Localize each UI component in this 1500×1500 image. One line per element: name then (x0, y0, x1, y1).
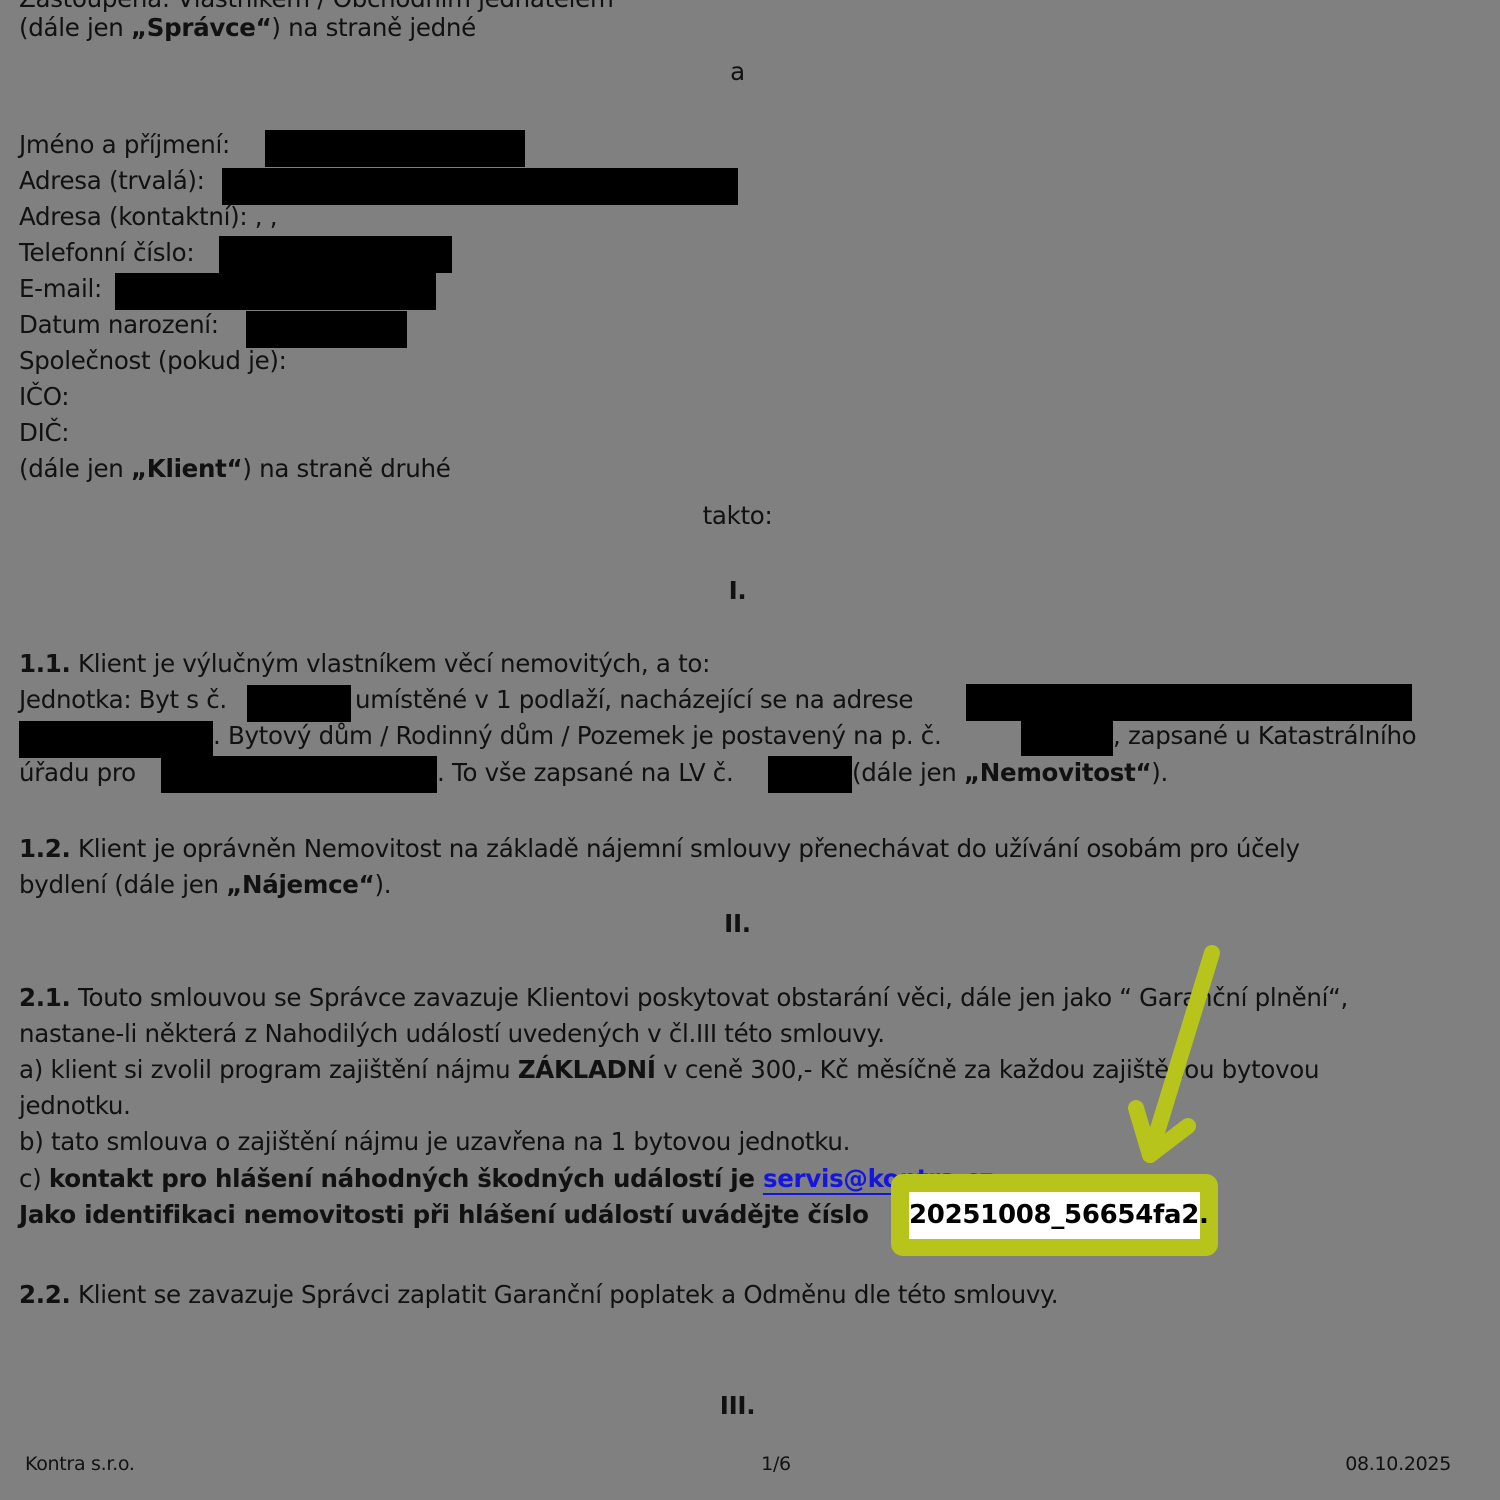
paragraph-2-1-line-5: b) tato smlouva o zajištění nájmu je uza… (19, 1124, 850, 1160)
paragraph-1-1-line-2b: umístěné v 1 podlaží, nacházející se na … (355, 682, 913, 718)
paragraph-1-1-line-3b: , zapsané u Katastrálního (1113, 718, 1416, 754)
term-nemovitost: „Nemovitost“ (964, 758, 1151, 787)
footer-page-number: 1/6 (0, 1452, 1500, 1476)
paragraph-1-1-line-4: úřadu pro (19, 755, 136, 791)
takto-word: takto: (0, 498, 1475, 534)
field-ico: IČO: (19, 379, 69, 415)
field-company: Společnost (pokud je): (19, 343, 287, 379)
property-id-value: 20251008_56654fa2. (909, 1192, 1200, 1239)
paragraph-number: 1.1. (19, 649, 71, 678)
redaction-lv-number (768, 756, 852, 793)
text: ) na straně druhé (242, 454, 450, 483)
text: v ceně 300,- Kč měsíčně za každou zajišt… (656, 1055, 1320, 1084)
paragraph-1-1-line-2: Jednotka: Byt s č. (19, 682, 227, 718)
paragraph-number: 2.1. (19, 983, 71, 1012)
text: ) na straně jedné (271, 13, 475, 42)
paragraph-1-2-line-1: 1.2. Klient je oprávněn Nemovitost na zá… (19, 831, 1300, 867)
text: kontakt pro hlášení náhodných škodných u… (49, 1164, 763, 1193)
text: c) (19, 1164, 49, 1193)
redaction-parcel-number (1021, 720, 1113, 756)
text: Touto smlouvou se Správce zavazuje Klien… (71, 983, 1349, 1012)
spravce-definition: (dále jen „Správce“) na straně jedné (19, 10, 476, 46)
paragraph-2-1-line-3: a) klient si zvolil program zajištění ná… (19, 1052, 1319, 1088)
field-dic: DIČ: (19, 415, 69, 451)
text: Klient je výlučným vlastníkem věcí nemov… (71, 649, 711, 678)
paragraph-2-1-line-1: 2.1. Touto smlouvou se Správce zavazuje … (19, 980, 1348, 1016)
term-spravce: „Správce“ (131, 13, 271, 42)
redaction-name (265, 130, 525, 167)
text: ). (374, 870, 391, 899)
paragraph-number: 1.2. (19, 834, 71, 863)
term-klient: „Klient“ (131, 454, 242, 483)
paragraph-2-1-line-4: jednotku. (19, 1088, 131, 1124)
field-address-contact: Adresa (kontaktní): , , (19, 199, 277, 235)
contract-page: Zastoupená: Vlastníkem / Obchodním jedna… (0, 0, 1500, 1500)
paragraph-2-1-line-2: nastane-li některá z Nahodilých událostí… (19, 1016, 885, 1052)
redaction-phone (219, 236, 452, 273)
paragraph-2-2: 2.2. Klient se zavazuje Správci zaplatit… (19, 1277, 1058, 1313)
paragraph-1-1-line-4b: . To vše zapsané na LV č. (437, 755, 733, 791)
footer-date: 08.10.2025 (1345, 1452, 1451, 1476)
paragraph-1-2-line-2: bydlení (dále jen „Nájemce“). (19, 867, 391, 903)
text: (dále jen (19, 13, 131, 42)
text: a) klient si zvolil program zajištění ná… (19, 1055, 518, 1084)
redaction-property-address (966, 684, 1412, 721)
field-birthdate: Datum narození: (19, 307, 219, 343)
program-name: ZÁKLADNÍ (518, 1055, 656, 1084)
text: Jednotka: Byt s č. (19, 685, 227, 714)
klient-definition: (dále jen „Klient“) na straně druhé (19, 451, 451, 487)
redaction-property-address-2 (19, 721, 213, 758)
section-3-heading: III. (0, 1388, 1475, 1424)
paragraph-2-1-line-6: c) kontakt pro hlášení náhodných škodnýc… (19, 1161, 993, 1197)
paragraph-1-1-line-1: 1.1. Klient je výlučným vlastníkem věcí … (19, 646, 710, 682)
field-phone: Telefonní číslo: (19, 235, 194, 271)
section-2-heading: II. (0, 906, 1475, 942)
term-najemce: „Nájemce“ (226, 870, 374, 899)
text: ). (1151, 758, 1168, 787)
paragraph-number: 2.2. (19, 1280, 71, 1309)
and-word: a (0, 54, 1475, 90)
paragraph-2-1-line-7: Jako identifikaci nemovitosti při hlášen… (19, 1197, 869, 1233)
paragraph-1-1-line-3: . Bytový dům / Rodinný dům / Pozemek je … (213, 718, 941, 754)
redaction-email (115, 273, 436, 310)
text: bydlení (dále jen (19, 870, 226, 899)
text: (dále jen (19, 454, 131, 483)
field-name: Jméno a příjmení: (19, 127, 230, 163)
field-address-permanent: Adresa (trvalá): (19, 163, 205, 199)
redaction-unit-number (247, 685, 351, 722)
paragraph-1-1-line-4c: (dále jen „Nemovitost“). (852, 755, 1168, 791)
text: Klient se zavazuje Správci zaplatit Gara… (71, 1280, 1059, 1309)
text: Klient je oprávněn Nemovitost na základě… (71, 834, 1300, 863)
redaction-address (222, 168, 738, 205)
field-email: E-mail: (19, 271, 102, 307)
section-1-heading: I. (0, 573, 1475, 609)
redaction-cadastral-office (161, 756, 437, 793)
text: (dále jen (852, 758, 964, 787)
